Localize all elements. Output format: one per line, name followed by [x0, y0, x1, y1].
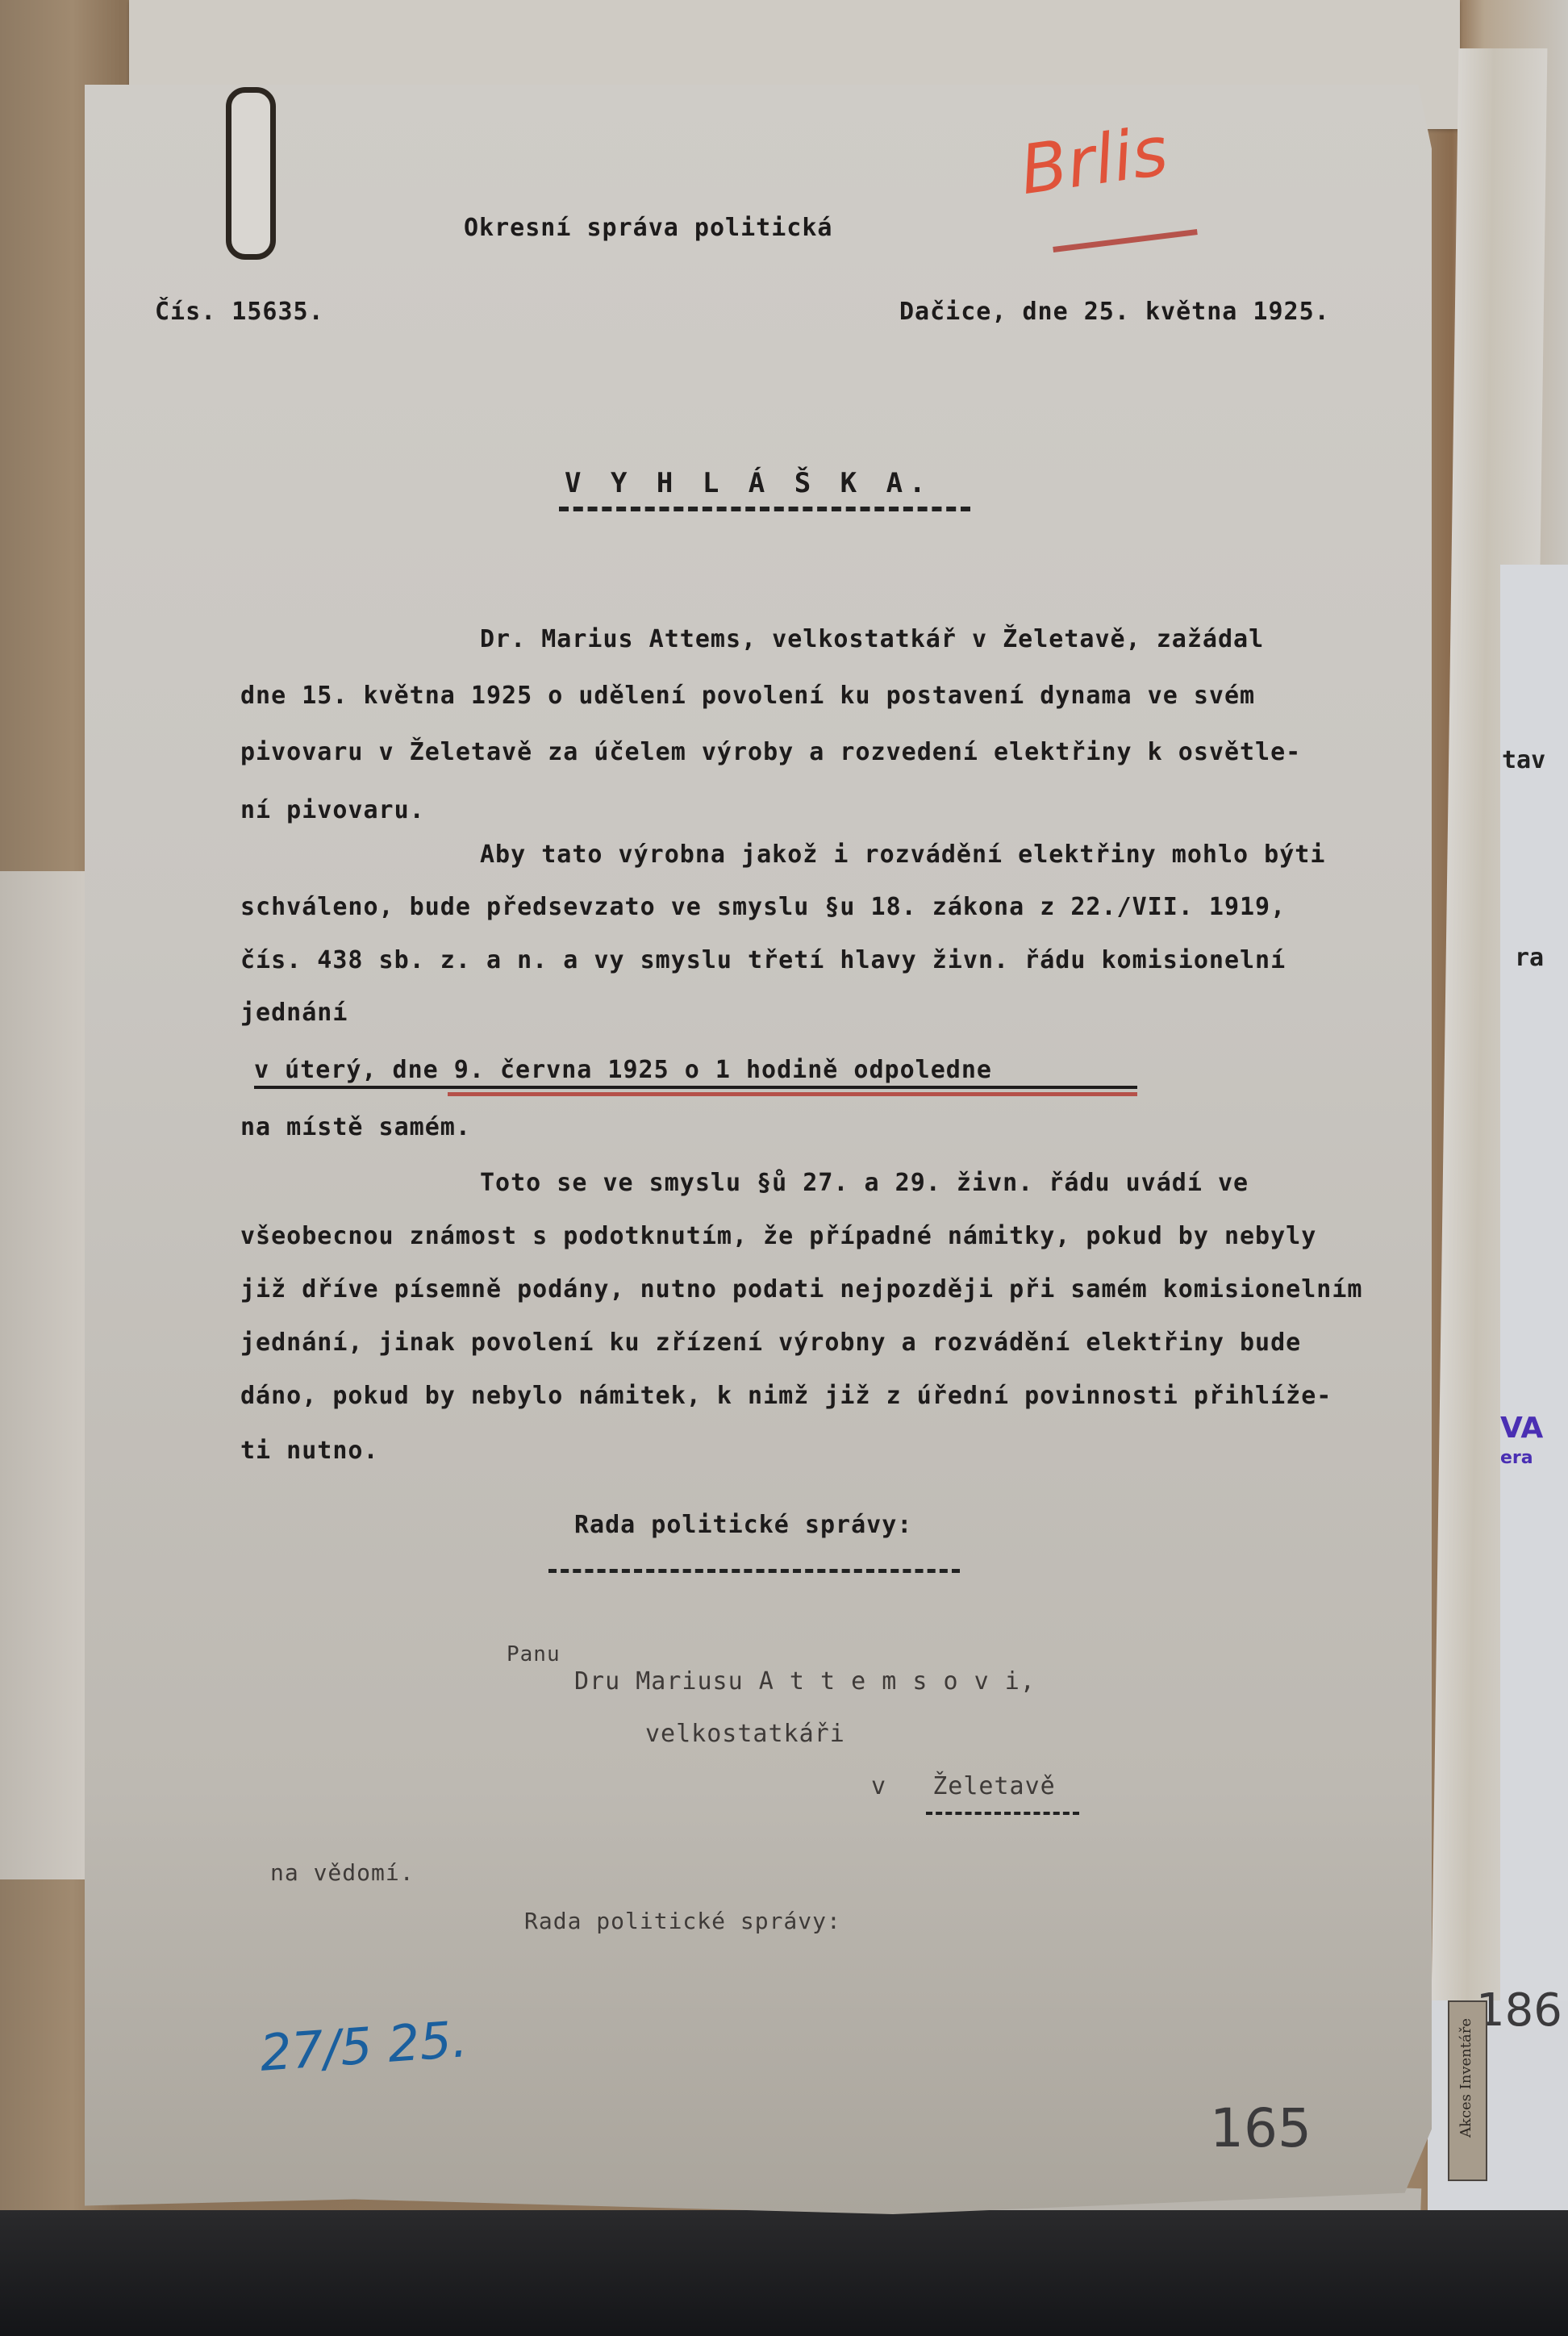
body-line: dáno, pokud by nebylo námitek, k nimž ji… [240, 1384, 1332, 1408]
body-line: na místě samém. [240, 1116, 471, 1140]
dark-surface [0, 2210, 1568, 2336]
cc-note: na vědomí. [270, 1862, 415, 1884]
signature-line [548, 1569, 960, 1573]
underlying-sheet-far-right: tav ra VA era [1500, 565, 1568, 2097]
document-sheet [85, 85, 1432, 2214]
underlying-sheet-left [0, 871, 89, 1879]
body-line: čís. 438 sb. z. a n. a vy smyslu třetí h… [240, 949, 1286, 973]
stamp-fragment: VA [1500, 1412, 1543, 1445]
hearing-date-red-underline [448, 1092, 1137, 1096]
body-line: již dříve písemně podány, nutno podati n… [240, 1278, 1363, 1302]
body-line: ti nutno. [240, 1439, 379, 1463]
title-underline [559, 507, 970, 511]
body-line: všeobecnou známost s podotknutím, že pří… [240, 1224, 1316, 1249]
recipient-salutation: Panu [507, 1644, 561, 1665]
stamp-subtext-fragment: era [1500, 1448, 1533, 1468]
hearing-date-line: v úterý, dne 9. června 1925 o 1 hodině o… [254, 1058, 992, 1082]
body-line: ní pivovaru. [240, 799, 425, 823]
paper-clip-icon [226, 87, 276, 260]
body-line: Aby tato výrobna jakož i rozvádění elekt… [480, 843, 1325, 867]
place-and-date: Dačice, dne 25. května 1925. [899, 300, 1330, 324]
recipient-title: velkostatkáři [645, 1722, 845, 1746]
body-line: Dr. Marius Attems, velkostatkář v Želeta… [480, 628, 1264, 652]
folio-number-next: 186 [1476, 1984, 1562, 2037]
signature-block: Rada politické správy: [574, 1513, 912, 1537]
body-line: jednání [240, 1001, 348, 1025]
hearing-date-underline [254, 1086, 1137, 1089]
document-title: V Y H L Á Š K A. [565, 469, 932, 497]
fragment-text: tav [1502, 746, 1545, 774]
office-name: Okresní správa politická [464, 216, 832, 240]
body-line: schváleno, bude předsevzato ve smyslu §u… [240, 895, 1286, 920]
recipient-place-underline [926, 1812, 1079, 1815]
signature-block-copy: Rada politické správy: [524, 1910, 841, 1933]
reference-number: Čís. 15635. [155, 300, 324, 324]
body-line: Toto se ve smyslu §ů 27. a 29. živn. řád… [480, 1171, 1249, 1195]
recipient-name: Dru Mariusu A t t e m s o v i, [574, 1670, 1036, 1694]
fragment-text: ra [1515, 944, 1544, 972]
body-line: dne 15. května 1925 o udělení povolení k… [240, 684, 1255, 708]
body-line: jednání, jinak povolení ku zřízení výrob… [240, 1331, 1301, 1355]
folio-number: 165 [1210, 2097, 1312, 2159]
inventory-tab-label: Akces Inventáře [1448, 2000, 1487, 2181]
recipient-place: v Želetavě [871, 1775, 1056, 1799]
body-line: pivovaru v Želetavě za účelem výroby a r… [240, 740, 1301, 765]
